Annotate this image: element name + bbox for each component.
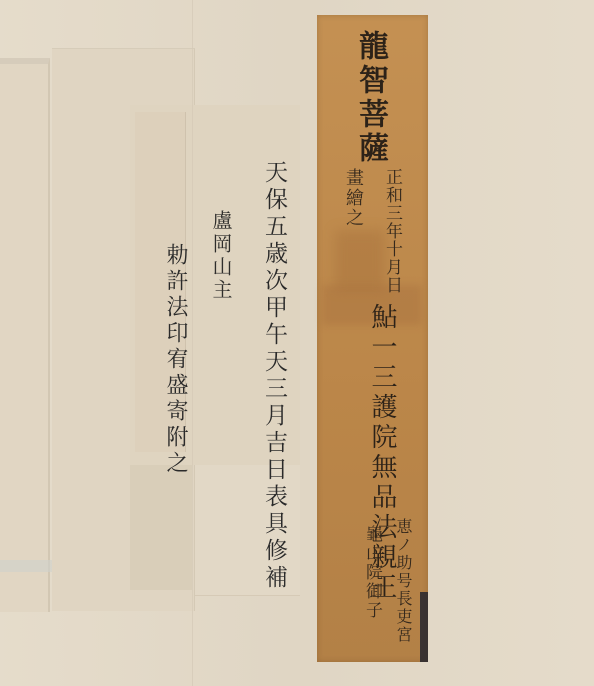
title-slip-subtitle: 畫繪之	[340, 168, 366, 228]
slip-edge-mark	[420, 592, 428, 662]
title-slip-title: 龍智菩薩	[348, 30, 392, 166]
mounting-panel-outer-left	[0, 58, 50, 612]
mounting-panel-lower	[130, 465, 192, 590]
title-slip-date: 正和三年十月日	[380, 168, 405, 294]
inscription-temple-head: 盧岡山主	[207, 210, 236, 302]
title-slip-author-note-right: 恵ノ助号長吏宮	[392, 518, 415, 644]
mounting-panel-strip	[0, 560, 54, 572]
inscription-donor: 勅許法印宥盛寄附之	[160, 243, 191, 477]
title-slip-author-note-left: 龜山院御子	[360, 525, 385, 620]
slip-stain	[335, 230, 385, 290]
paper-seam	[192, 0, 193, 686]
inscription-repair-date: 天保五歳次甲午天三月吉日表具修補	[258, 160, 291, 592]
